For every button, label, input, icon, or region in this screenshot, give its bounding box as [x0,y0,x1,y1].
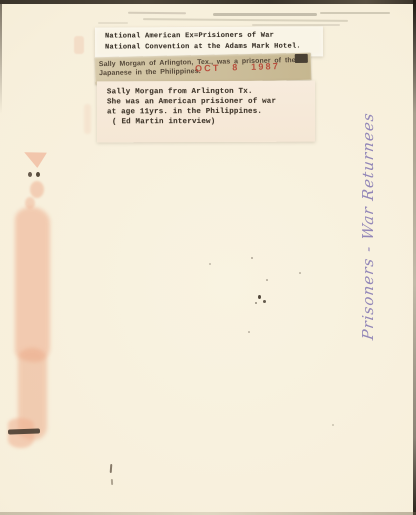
scan-edge-left [0,4,2,114]
ink-speck [299,272,301,274]
smudge-mark [213,13,317,16]
ink-speck [251,257,253,259]
smudge-mark [143,18,348,22]
stain-dot [28,172,32,177]
pencil-tick [110,464,113,473]
glue-residue [74,36,84,54]
ink-speck [255,302,257,304]
typed-note-label: Sally Morgan from Arlington Tx. She was … [97,81,315,143]
ink-speck [209,263,211,265]
handwritten-annotation: Prisoners - War Returnees [355,104,381,347]
photo-back-scan: National American Ex=Prisioners of War N… [0,0,416,515]
stain-mark [30,181,44,198]
stain-mark [15,207,50,362]
ink-speck [263,300,266,303]
glue-residue [84,104,91,134]
stain-dot [36,172,40,177]
smudge-mark [320,12,390,14]
scan-edge-top [0,0,416,4]
ink-speck [258,295,261,299]
ink-speck [248,331,250,333]
stain-mark [24,152,47,168]
pencil-tick [111,479,113,485]
ink-speck [332,424,334,426]
ink-mark [295,54,308,63]
typed-caption-label: Sally Morgan of Arlington, Tex., was a p… [95,53,312,85]
ink-speck [266,279,268,281]
smudge-mark [128,12,186,15]
note-line-4: ( Ed Martin interview) [107,117,315,128]
header-line-2: National Convention at the Adams Mark Ho… [105,41,323,53]
smudge-mark [98,22,128,24]
